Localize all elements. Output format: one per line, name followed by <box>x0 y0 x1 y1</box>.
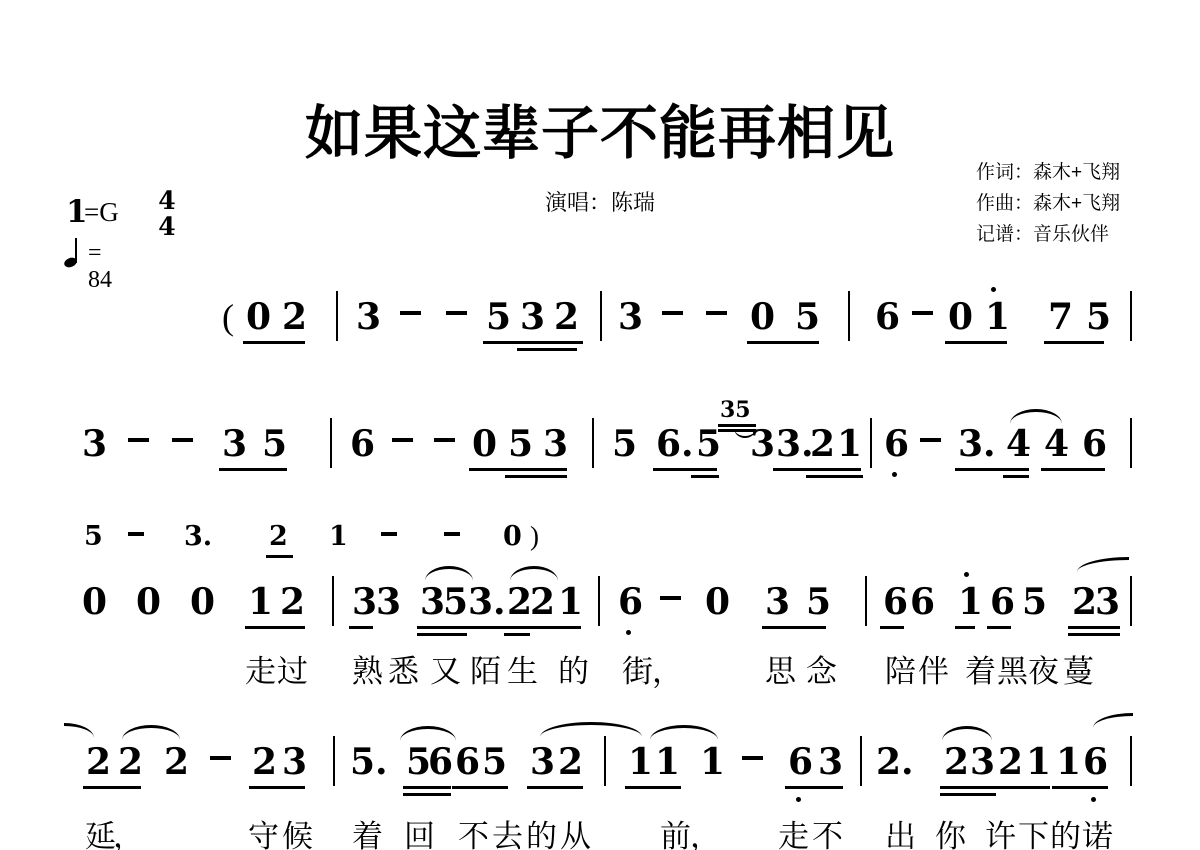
lyric-char: 思 <box>765 646 796 691</box>
note: 3 <box>520 296 545 338</box>
note: 2 <box>269 521 288 552</box>
note: 1 <box>628 741 653 783</box>
lyric-char: 陌 <box>470 646 501 691</box>
lyric-char: 生 <box>507 646 538 691</box>
barline <box>1130 291 1132 341</box>
beam-line <box>403 786 451 789</box>
octave-dot-high <box>964 572 969 577</box>
beam-line <box>452 786 508 789</box>
note: 5 <box>482 741 507 783</box>
beam-line <box>691 475 719 478</box>
note: 3 <box>970 741 995 783</box>
note: 6 <box>788 741 813 783</box>
note: 2 <box>164 741 189 783</box>
note: 1 <box>700 741 725 783</box>
note: 6 <box>618 581 643 623</box>
slur-arc <box>1010 409 1062 424</box>
parenthesis: ( <box>222 296 234 338</box>
barline <box>598 576 600 626</box>
lyric-char: 回 <box>404 811 435 850</box>
dash-note <box>444 532 460 536</box>
composer-credit: 作曲：森木+飞翔 <box>976 188 1120 219</box>
note: 2 <box>554 296 579 338</box>
note: 5 <box>1022 581 1047 623</box>
lyric-char: 伴 <box>918 646 949 691</box>
dash-note <box>446 311 467 315</box>
beam-line <box>785 786 843 789</box>
note: 1 <box>837 423 862 465</box>
dash-note <box>660 596 681 600</box>
note: 3 <box>352 581 377 623</box>
note: 3 <box>543 423 568 465</box>
barline <box>1130 576 1132 626</box>
beam-line <box>403 793 451 796</box>
dash-note <box>662 311 683 315</box>
lyric-char: 不 <box>458 811 489 850</box>
barline <box>860 736 862 786</box>
note: 2. <box>876 741 914 783</box>
beam-line <box>955 626 975 629</box>
note: 3 <box>765 581 790 623</box>
note: 3. <box>468 581 506 623</box>
beam-line <box>83 786 141 789</box>
dash-note <box>920 438 941 442</box>
dash-note <box>381 532 397 536</box>
dash-note <box>400 311 421 315</box>
slur-arc <box>942 726 992 741</box>
slur-arc-partial <box>1077 557 1129 574</box>
lyric-char: 走 <box>778 811 809 850</box>
note: 1 <box>958 581 983 623</box>
note: 0 <box>472 423 497 465</box>
lyric-char: 熟 <box>352 646 383 691</box>
note: 2 <box>1072 581 1097 623</box>
beam-line <box>417 626 529 629</box>
slur-arc <box>1077 557 1129 572</box>
beam-line <box>945 341 1007 344</box>
beam-line <box>504 633 530 636</box>
beam-line <box>249 786 305 789</box>
barline <box>330 418 332 468</box>
note: 2 <box>252 741 277 783</box>
note: 3 <box>282 741 307 783</box>
barline <box>336 291 338 341</box>
note: 5 <box>795 296 820 338</box>
lyric-char: 又 <box>430 646 461 691</box>
note: 5. <box>350 741 388 783</box>
note: 5 <box>84 521 103 552</box>
lyric-char: 夜 <box>1028 646 1059 691</box>
beam-line <box>1068 626 1120 629</box>
beam-line <box>219 468 287 471</box>
note: 3 <box>222 423 247 465</box>
slur-arc <box>540 722 642 737</box>
lyric-char: 从 <box>560 811 591 850</box>
lyric-char: 延 <box>85 811 116 850</box>
lyric-char: 陪 <box>885 646 916 691</box>
note: 6 <box>990 581 1015 623</box>
sheet-music-page: 如果这辈子不能再相见 演唱：陈瑞 作词：森木+飞翔 作曲：森木+飞翔 记谱：音乐… <box>0 0 1200 850</box>
dash-note <box>128 438 149 442</box>
beam-line <box>762 626 826 629</box>
note: 5 <box>806 581 831 623</box>
note: 6 <box>1082 423 1107 465</box>
note: 6 <box>875 296 900 338</box>
octave-dot-low <box>1091 797 1096 802</box>
note: 0 <box>190 581 215 623</box>
beam-line <box>806 475 863 478</box>
lyric-char: 许 <box>985 811 1016 850</box>
key-name: =G <box>84 197 119 228</box>
beam-line <box>747 341 819 344</box>
notation-credit: 记谱：音乐伙伴 <box>976 219 1120 250</box>
note: 5 <box>443 581 468 623</box>
note: 0 <box>82 581 107 623</box>
time-signature-bottom: 4 <box>158 212 175 241</box>
parenthesis: ) <box>530 521 539 552</box>
note: 5 <box>508 423 533 465</box>
dash-note <box>742 756 763 760</box>
beam-line <box>245 626 305 629</box>
note: 0 <box>503 521 522 552</box>
note: 2 <box>558 741 583 783</box>
note: 3 <box>376 581 401 623</box>
note: 5 <box>486 296 511 338</box>
time-signature: 4 4 <box>152 188 182 240</box>
slur-arc <box>64 723 94 738</box>
note: 5 <box>262 423 287 465</box>
note: 0 <box>136 581 161 623</box>
note: 0 <box>246 296 271 338</box>
barline <box>1130 736 1132 786</box>
lyric-char: 下 <box>1018 811 1049 850</box>
beam-line <box>1068 633 1120 636</box>
lyric-char: 街 <box>622 646 653 691</box>
beam-line <box>1003 475 1029 478</box>
barline <box>332 576 334 626</box>
beam-line <box>517 348 577 351</box>
note: 4 <box>1044 423 1069 465</box>
barline <box>870 418 872 468</box>
slur-arc <box>1093 713 1133 728</box>
lyric-char: 走 <box>245 646 276 691</box>
barline <box>333 736 335 786</box>
lyric-char: ， <box>113 811 144 850</box>
dash-note <box>128 532 144 536</box>
lyric-char: 守 <box>248 811 279 850</box>
barline <box>600 291 602 341</box>
note: 1 <box>329 521 348 552</box>
lyric-char: ， <box>690 811 721 850</box>
note: 3 <box>82 423 107 465</box>
note: 3. <box>958 423 996 465</box>
octave-dot-high <box>991 287 996 292</box>
note: 2 <box>118 741 143 783</box>
note: 1 <box>985 296 1010 338</box>
time-signature-top: 4 <box>158 186 175 215</box>
lyric-char: 过 <box>277 646 308 691</box>
dash-note <box>172 438 193 442</box>
beam-line <box>266 555 293 558</box>
slur-arc-partial <box>1093 713 1133 730</box>
note: 1 <box>1026 741 1051 783</box>
tempo-marking: = 84 <box>88 240 112 294</box>
beam-line <box>505 475 567 478</box>
slur-arc <box>400 726 456 741</box>
note: 3 <box>420 581 445 623</box>
lyric-char: ， <box>652 646 683 691</box>
beam-line <box>955 468 1029 471</box>
note: 4 <box>1006 423 1031 465</box>
note: 3 <box>356 296 381 338</box>
beam-line <box>625 786 681 789</box>
note: 7 <box>1048 296 1073 338</box>
note: 2 <box>282 296 307 338</box>
beam-line <box>483 341 583 344</box>
note: 1 <box>1056 741 1081 783</box>
note: 3 <box>818 741 843 783</box>
lyric-char: 前 <box>660 811 691 850</box>
beam-line <box>417 633 467 636</box>
octave-dot-low <box>892 472 897 477</box>
beam-line <box>987 626 1011 629</box>
note: 6 <box>884 423 909 465</box>
dash-note <box>392 438 413 442</box>
note: 6 <box>910 581 935 623</box>
beam-line <box>527 626 581 629</box>
note: 2 <box>810 423 835 465</box>
beam-line <box>349 626 373 629</box>
beam-line <box>773 468 861 471</box>
barline <box>1130 418 1132 468</box>
note: 1 <box>655 741 680 783</box>
beam-line <box>469 468 567 471</box>
beam-line <box>940 786 1050 789</box>
octave-dot-low <box>626 630 631 635</box>
note: 6 <box>455 741 480 783</box>
note: 0 <box>948 296 973 338</box>
beam-line <box>243 341 305 344</box>
note: 2 <box>280 581 305 623</box>
beam-line <box>1044 341 1104 344</box>
lyric-char: 蔓 <box>1063 646 1094 691</box>
lyric-char: 候 <box>282 811 313 850</box>
note: 6 <box>350 423 375 465</box>
lyric-char: 诺 <box>1082 811 1113 850</box>
dash-note <box>706 311 727 315</box>
note: 3 <box>530 741 555 783</box>
note: 6 <box>428 741 453 783</box>
note: 3 <box>1095 581 1120 623</box>
barline <box>848 291 850 341</box>
dash-note <box>210 756 231 760</box>
lyric-char: 悉 <box>388 646 419 691</box>
note: 2 <box>998 741 1023 783</box>
beam-line <box>940 793 996 796</box>
quarter-note-stem <box>75 238 77 263</box>
note: 2 <box>86 741 111 783</box>
lyricist-credit: 作词：森木+飞翔 <box>976 157 1120 188</box>
note: 0 <box>705 581 730 623</box>
note: 1 <box>558 581 583 623</box>
note: 0 <box>750 296 775 338</box>
lyric-char: 的 <box>558 646 589 691</box>
beam-line <box>527 786 583 789</box>
lyric-char: 你 <box>935 811 966 850</box>
slur-arc <box>122 725 180 740</box>
beam-line <box>1052 786 1108 789</box>
beam-line <box>1041 468 1105 471</box>
lyric-char: 念 <box>806 646 837 691</box>
note: 6 <box>1083 741 1108 783</box>
dash-note <box>912 311 933 315</box>
note: 3. <box>184 521 212 552</box>
beam-line <box>718 424 756 427</box>
lyric-char: 不 <box>812 811 843 850</box>
octave-dot-low <box>796 797 801 802</box>
note: 2 <box>530 581 555 623</box>
note: 6. <box>656 423 694 465</box>
beam-line <box>653 468 717 471</box>
slur-arc <box>510 566 558 581</box>
lyric-char: 出 <box>885 811 916 850</box>
note: 5 <box>1086 296 1111 338</box>
note: 2 <box>944 741 969 783</box>
note: 5 <box>612 423 637 465</box>
slur-arc <box>650 725 718 740</box>
note: 3. <box>776 423 814 465</box>
barline <box>604 736 606 786</box>
dash-note <box>434 438 455 442</box>
slur-arc-partial <box>64 723 94 740</box>
barline <box>592 418 594 468</box>
lyric-char: 黑 <box>997 646 1028 691</box>
grace-notes: 35 <box>720 397 751 423</box>
slur-arc <box>425 566 473 581</box>
lyric-char: 的 <box>526 811 557 850</box>
lyric-char: 着 <box>965 646 996 691</box>
credits-block: 作词：森木+飞翔 作曲：森木+飞翔 记谱：音乐伙伴 <box>976 157 1120 250</box>
beam-line <box>880 626 904 629</box>
lyric-char: 着 <box>352 811 383 850</box>
lyric-char: 的 <box>1050 811 1081 850</box>
note: 2 <box>507 581 532 623</box>
note: 3 <box>618 296 643 338</box>
barline <box>865 576 867 626</box>
lyric-char: 去 <box>492 811 523 850</box>
note: 1 <box>248 581 273 623</box>
note: 6 <box>883 581 908 623</box>
